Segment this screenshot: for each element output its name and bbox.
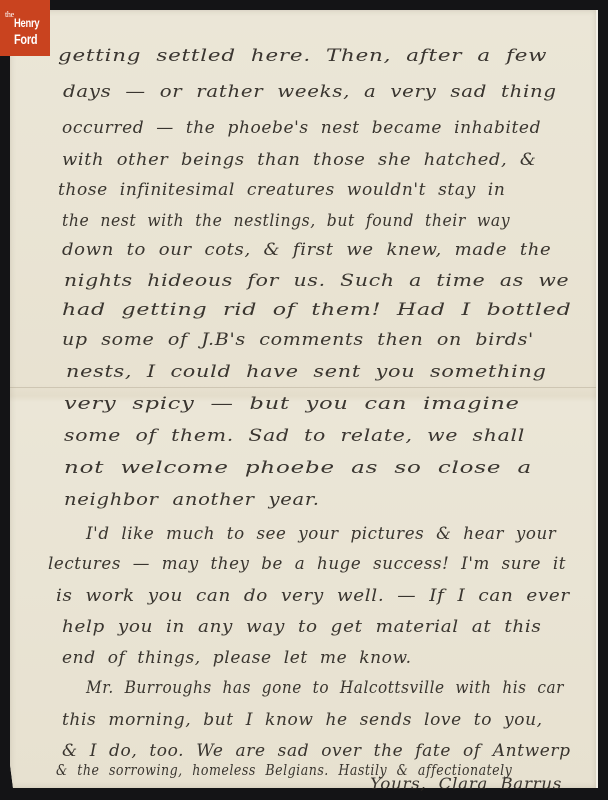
letter-line-14: not welcome phoebe as so close a [64, 458, 532, 478]
letter-line-9: had getting rid of them! Had I bottled [62, 300, 572, 320]
letter-line-2: days — or rather weeks, a very sad thing [63, 82, 557, 102]
letter-line-20: end of things, please let me know. [62, 648, 412, 668]
letter-line-23: & I do, too. We are sad over the fate of… [62, 741, 571, 761]
letter-line-11: nests, I could have sent you something [66, 362, 547, 382]
paper-fold-line [10, 387, 596, 388]
letter-line-10: up some of J.B's comments then on birds' [62, 330, 534, 350]
letter-line-16: I'd like much to see your pictures & hea… [86, 524, 556, 544]
letter-line-15: neighbor another year. [64, 490, 320, 510]
letter-line-6: the nest with the nestlings, but found t… [62, 211, 510, 231]
letter-line-12: very spicy — but you can imagine [64, 394, 520, 414]
logo-the-text: the [5, 10, 14, 19]
document-viewer: the Henry Ford getting settled here. The… [0, 0, 608, 800]
letter-line-17: lectures — may they be a huge success! I… [48, 554, 566, 574]
letter-line-22: this morning, but I know he sends love t… [62, 710, 543, 730]
letter-signature: Yours, Clara Barrus [370, 774, 562, 793]
letter-line-21: Mr. Burroughs has gone to Halcottsville … [86, 678, 564, 698]
letter-line-4: with other beings than those she hatched… [62, 150, 536, 170]
letter-line-13: some of them. Sad to relate, we shall [64, 426, 525, 446]
letter-line-19: help you in any way to get material at t… [62, 617, 541, 637]
letter-line-3: occurred — the phoebe's nest became inha… [62, 118, 541, 138]
logo-ford-text: Ford [14, 31, 37, 47]
letter-line-1: getting settled here. Then, after a few [58, 46, 547, 66]
letter-line-7: down to our cots, & first we knew, made … [62, 240, 551, 260]
letter-line-5: those infinitesimal creatures wouldn't s… [58, 180, 505, 200]
henry-ford-logo: the Henry Ford [0, 0, 50, 56]
logo-henry-text: Henry [14, 16, 39, 30]
letter-line-8: nights hideous for us. Such a time as we [64, 271, 569, 291]
letter-line-18: is work you can do very well. — If I can… [56, 586, 570, 606]
